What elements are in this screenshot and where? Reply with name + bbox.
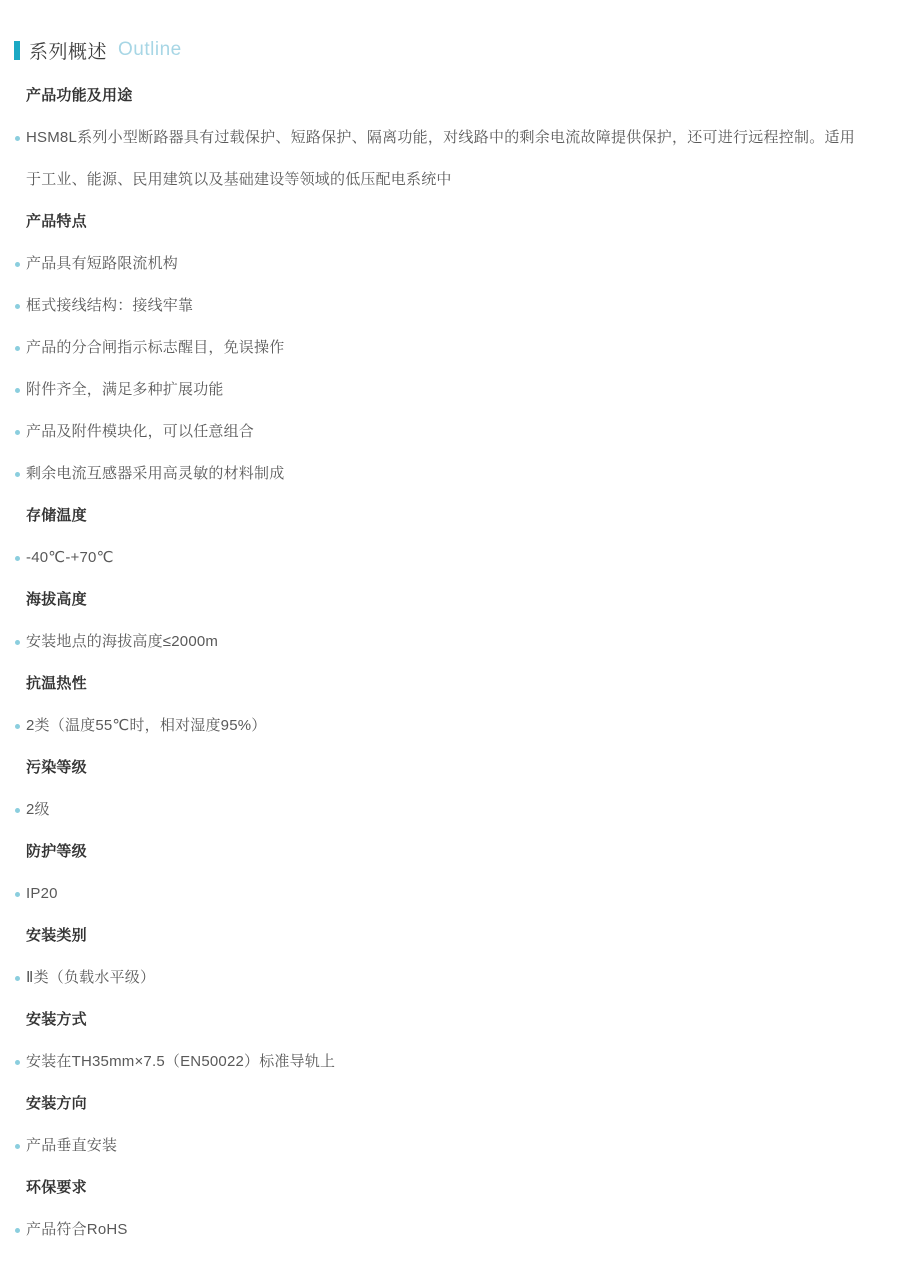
spec-bullet-item: 附件齐全，满足多种扩展功能 <box>26 369 855 411</box>
spec-bullet-item: -40℃-+70℃ <box>26 537 855 579</box>
spec-bullet-text: Ⅱ类（负载水平级） <box>26 969 155 986</box>
accent-bar-icon <box>14 41 20 60</box>
bullet-dot-icon <box>15 1144 20 1149</box>
spec-bullet-text: 剩余电流互感器采用高灵敏的材料制成 <box>26 465 284 482</box>
spec-heading: 安装方向 <box>26 1083 855 1125</box>
spec-bullet-item: HSM8L系列小型断路器具有过载保护、短路保护、隔离功能，对线路中的剩余电流故障… <box>26 117 855 201</box>
spec-bullet-text: 2类（温度55℃时，相对湿度95%） <box>26 717 267 734</box>
spec-heading: 抗温热性 <box>26 663 855 705</box>
bullet-dot-icon <box>15 388 20 393</box>
spec-bullet-text: 产品具有短路限流机构 <box>26 255 178 272</box>
spec-bullet-item: 安装地点的海拔高度≤2000m <box>26 621 855 663</box>
spec-heading: 安装类别 <box>26 915 855 957</box>
spec-heading: 产品功能及用途 <box>26 75 855 117</box>
spec-bullet-text: 安装在TH35mm×7.5（EN50022）标准导轨上 <box>26 1053 335 1070</box>
product-outline-page: 系列概述 Outline 产品功能及用途 HSM8L系列小型断路器具有过载保护、… <box>0 0 900 1273</box>
spec-bullet-item: 产品具有短路限流机构 <box>26 243 855 285</box>
section-header: 系列概述 Outline <box>14 38 855 62</box>
spec-bullet-text: 产品垂直安装 <box>26 1137 117 1154</box>
section-title-zh: 系列概述 <box>29 37 107 64</box>
spec-heading: 环保要求 <box>26 1167 855 1209</box>
spec-heading: 海拔高度 <box>26 579 855 621</box>
bullet-dot-icon <box>15 304 20 309</box>
spec-heading: 防护等级 <box>26 831 855 873</box>
spec-bullet-text: -40℃-+70℃ <box>26 549 114 566</box>
bullet-dot-icon <box>15 976 20 981</box>
spec-bullet-item: 产品及附件模块化，可以任意组合 <box>26 411 855 453</box>
bullet-dot-icon <box>15 262 20 267</box>
spec-bullet-text: HSM8L系列小型断路器具有过载保护、短路保护、隔离功能，对线路中的剩余电流故障… <box>26 129 855 188</box>
spec-bullet-item: 产品的分合闸指示标志醒目，免误操作 <box>26 327 855 369</box>
spec-heading: 污染等级 <box>26 747 855 789</box>
bullet-dot-icon <box>15 472 20 477</box>
bullet-dot-icon <box>15 724 20 729</box>
bullet-dot-icon <box>15 1060 20 1065</box>
bullet-dot-icon <box>15 556 20 561</box>
spec-bullet-text: 2级 <box>26 801 50 818</box>
spec-bullet-item: Ⅱ类（负载水平级） <box>26 957 855 999</box>
spec-bullet-item: IP20 <box>26 873 855 915</box>
bullet-dot-icon <box>15 808 20 813</box>
spec-bullet-text: 框式接线结构：接线牢靠 <box>26 297 193 314</box>
bullet-dot-icon <box>15 346 20 351</box>
spec-heading: 存储温度 <box>26 495 855 537</box>
spec-bullet-item: 框式接线结构：接线牢靠 <box>26 285 855 327</box>
bullet-dot-icon <box>15 136 20 141</box>
spec-bullet-text: 产品的分合闸指示标志醒目，免误操作 <box>26 339 284 356</box>
bullet-dot-icon <box>15 430 20 435</box>
bullet-dot-icon <box>15 1228 20 1233</box>
spec-bullet-text: 产品及附件模块化，可以任意组合 <box>26 423 254 440</box>
spec-bullet-item: 安装在TH35mm×7.5（EN50022）标准导轨上 <box>26 1041 855 1083</box>
spec-bullet-item: 产品符合RoHS <box>26 1209 855 1251</box>
spec-bullet-item: 产品垂直安装 <box>26 1125 855 1167</box>
bullet-dot-icon <box>15 892 20 897</box>
spec-bullet-item: 2级 <box>26 789 855 831</box>
spec-bullet-item: 2类（温度55℃时，相对湿度95%） <box>26 705 855 747</box>
spec-bullet-text: IP20 <box>26 885 58 902</box>
spec-bullet-text: 附件齐全，满足多种扩展功能 <box>26 381 224 398</box>
spec-bullet-text: 产品符合RoHS <box>26 1221 128 1238</box>
spec-bullet-text: 安装地点的海拔高度≤2000m <box>26 633 218 650</box>
spec-heading: 产品特点 <box>26 201 855 243</box>
spec-heading: 安装方式 <box>26 999 855 1041</box>
outline-content: 产品功能及用途 HSM8L系列小型断路器具有过载保护、短路保护、隔离功能，对线路… <box>14 75 855 1251</box>
spec-bullet-item: 剩余电流互感器采用高灵敏的材料制成 <box>26 453 855 495</box>
section-title-en: Outline <box>118 39 182 61</box>
bullet-dot-icon <box>15 640 20 645</box>
